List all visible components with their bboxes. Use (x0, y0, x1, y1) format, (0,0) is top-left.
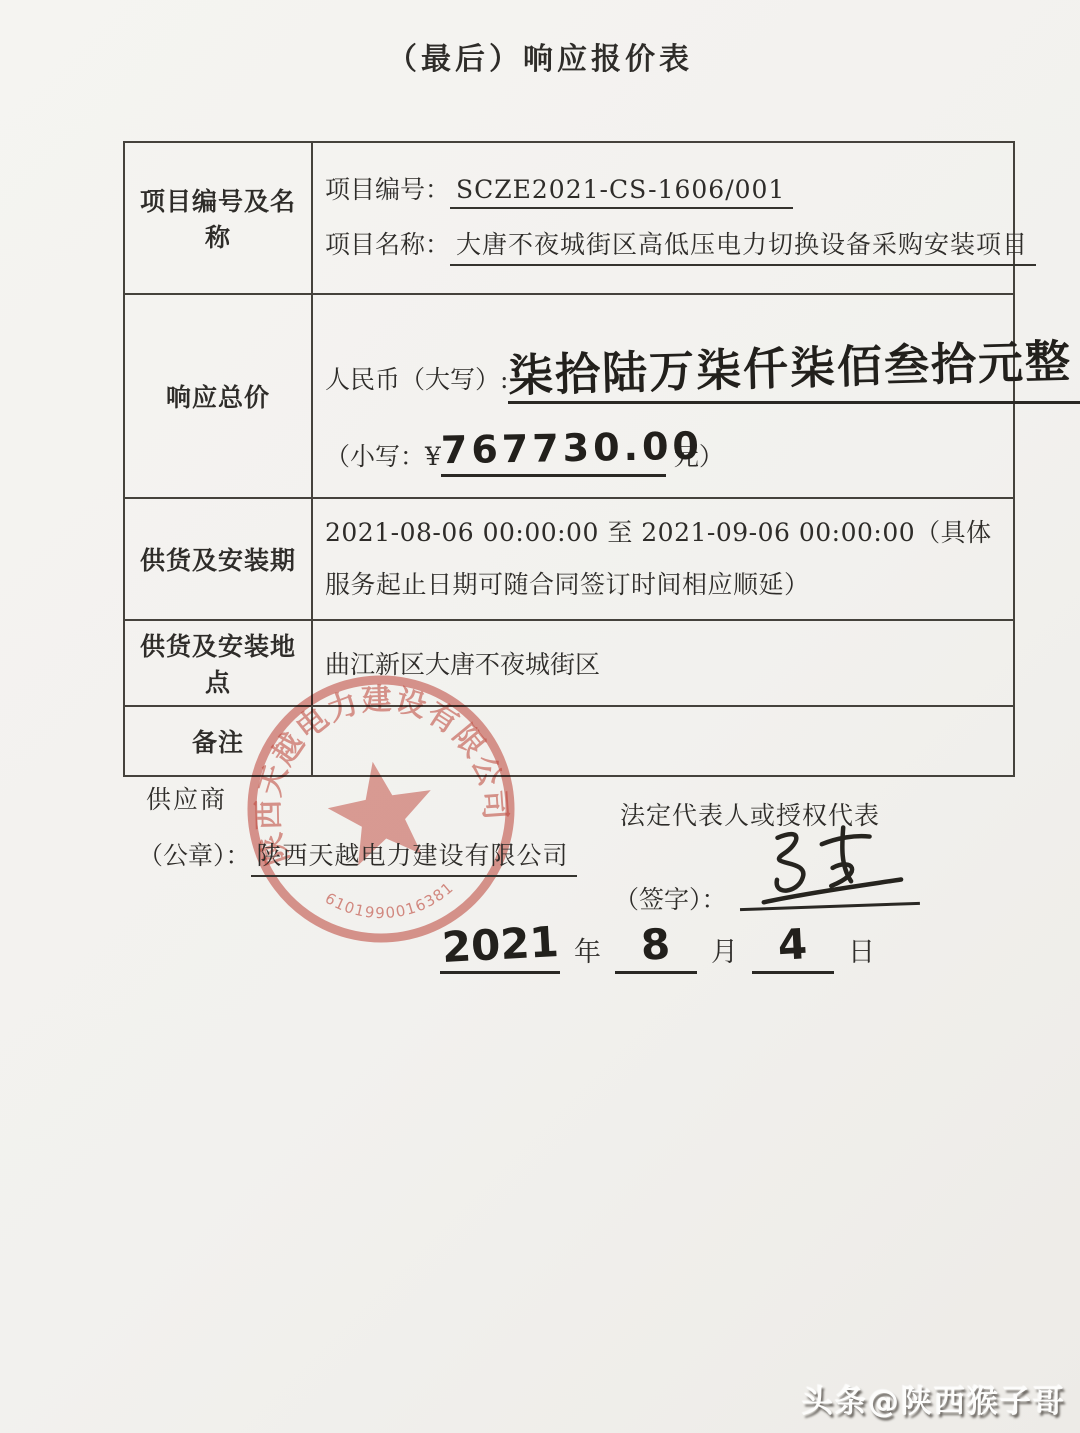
signature-line: （签字）： (614, 850, 919, 916)
row-label-remarks: 备注 (124, 706, 312, 776)
amount-numeric-prefix: （小写：¥ (325, 442, 441, 471)
row-content-delivery-period: 2021-08-06 00:00:00 至 2021-09-06 00:00:0… (312, 498, 1014, 620)
amount-capital-line: 人民币（大写）:柒拾陆万柒仟柒佰叁拾元整 (325, 336, 1001, 404)
supplier-label: 供应商 (146, 780, 227, 816)
row-label-project: 项目编号及名称 (124, 142, 312, 294)
amount-numeric-underline: 767730.00 (441, 430, 666, 477)
date-day-label: 日 (848, 930, 875, 969)
date-month-label: 月 (711, 930, 738, 969)
row-content-total-price: 人民币（大写）:柒拾陆万柒仟柒佰叁拾元整 （小写：¥767730.00 元） (312, 294, 1014, 498)
supplier-seal-line: （公章）：陕西天越电力建设有限公司 (138, 836, 577, 877)
sign-prefix: （签字）： (614, 885, 727, 914)
project-name-value: 大唐不夜城街区高低压电力切换设备采购安装项目 (450, 225, 1036, 266)
row-content-project: 项目编号：SCZE2021-CS-1606/001 项目名称：大唐不夜城街区高低… (312, 142, 1014, 294)
amount-numeric-handwritten: 767730.00 (440, 423, 703, 472)
date-line: 2021 年 8 月 4 日 (440, 922, 889, 974)
delivery-period-value: 2021-08-06 00:00:00 至 2021-09-06 00:00:0… (325, 507, 1001, 611)
handwritten-signature (755, 817, 908, 914)
signature-underline (738, 847, 920, 911)
project-number-line: 项目编号：SCZE2021-CS-1606/001 (325, 170, 1001, 209)
scanned-quotation-page: （最后）响应报价表 项目编号及名称 项目编号：SCZE2021-CS-1606/… (0, 0, 1080, 1433)
supplier-name: 陕西天越电力建设有限公司 (251, 836, 577, 877)
table-row: 项目编号及名称 项目编号：SCZE2021-CS-1606/001 项目名称：大… (124, 142, 1014, 294)
row-content-remarks (312, 706, 1014, 776)
quotation-table: 项目编号及名称 项目编号：SCZE2021-CS-1606/001 项目名称：大… (123, 141, 1015, 777)
date-month-handwritten: 8 (640, 919, 672, 969)
row-content-delivery-place: 曲江新区大唐不夜城街区 (312, 620, 1014, 706)
project-number-prefix: 项目编号： (325, 175, 450, 204)
table-row: 备注 (124, 706, 1014, 776)
project-number-value: SCZE2021-CS-1606/001 (450, 175, 793, 209)
date-year-label: 年 (574, 930, 601, 969)
seal-number-text: 6101990016381 (319, 868, 459, 934)
date-year-underline: 2021 (440, 922, 560, 974)
amount-capital-underline: 柒拾陆万柒仟柒佰叁拾元整 (508, 336, 1080, 404)
amount-numeric-line: （小写：¥767730.00 元） (325, 430, 1001, 477)
amount-capital-prefix: 人民币（大写）: (325, 365, 508, 394)
page-title: （最后）响应报价表 (0, 34, 1080, 78)
table-row: 响应总价 人民币（大写）:柒拾陆万柒仟柒佰叁拾元整 （小写：¥767730.00… (124, 294, 1014, 498)
amount-capital-handwritten: 柒拾陆万柒仟柒佰叁拾元整 (508, 324, 1074, 404)
svg-text:6101990016381: 6101990016381 (319, 868, 459, 934)
date-year-handwritten: 2021 (440, 917, 559, 972)
table-row: 供货及安装期 2021-08-06 00:00:00 至 2021-09-06 … (124, 498, 1014, 620)
toutiao-watermark: 头条@陕西猴子哥 (802, 1376, 1066, 1421)
project-name-line: 项目名称：大唐不夜城街区高低压电力切换设备采购安装项目 (325, 225, 1001, 266)
date-day-underline: 4 (752, 922, 834, 974)
project-name-prefix: 项目名称： (325, 230, 450, 259)
date-month-underline: 8 (615, 922, 697, 974)
row-label-delivery-place: 供货及安装地点 (124, 620, 312, 706)
delivery-place-value: 曲江新区大唐不夜城街区 (325, 650, 600, 679)
date-day-handwritten: 4 (777, 919, 809, 969)
table-row: 供货及安装地点 曲江新区大唐不夜城街区 (124, 620, 1014, 706)
row-label-total-price: 响应总价 (124, 294, 312, 498)
seal-prefix: （公章）： (138, 841, 251, 870)
row-label-delivery-period: 供货及安装期 (124, 498, 312, 620)
